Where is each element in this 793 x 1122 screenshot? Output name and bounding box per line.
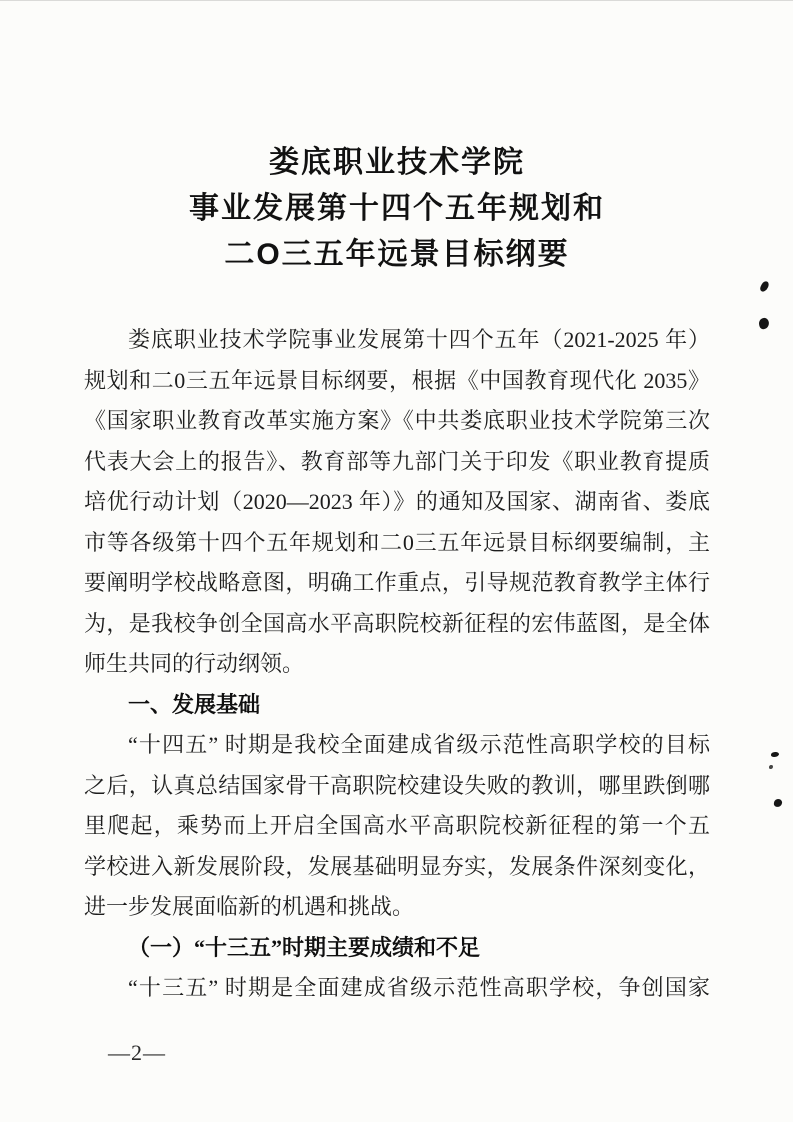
title-line: 事业发展第十四个五年规划和 [84,186,710,232]
document-body: 娄底职业技术学院事业发展第十四个五年（2021-2025 年）规划和二0三五年远… [84,320,710,1009]
text-line: “十四五” 时期是我校全面建成省级示范性高职学校的目标 [84,725,710,766]
scanned-document-page: 娄底职业技术学院事业发展第十四个五年规划和二O三五年远景目标纲要 娄底职业技术学… [0,0,793,1122]
text-line: 《国家职业教育改革实施方案》《中共娄底职业技术学院第三次 [84,401,710,442]
text-line: 之后，认真总结国家骨干高职院校建设失败的教训，哪里跌倒哪 [84,766,710,807]
text-line: 师生共同的行动纲领。 [84,644,710,685]
text-line: 代表大会上的报告》、教育部等九部门关于印发《职业教育提质 [84,442,710,483]
text-line: 培优行动计划（2020—2023 年）》的通知及国家、湖南省、娄底 [84,482,710,523]
text-line: “十三五” 时期是全面建成省级示范性高职学校，争创国家 [84,968,710,1009]
text-line: 娄底职业技术学院事业发展第十四个五年（2021-2025 年） [84,320,710,361]
scan-edge-line [0,0,793,1]
text-line: 市等各级第十四个五年规划和二0三五年远景目标纲要编制，主 [84,523,710,564]
text-line: 一、发展基础 [84,685,710,726]
text-line: 为，是我校争创全国高水平高职院校新征程的宏伟蓝图，是全体 [84,604,710,645]
text-line: 里爬起，乘势而上开启全国高水平高职院校新征程的第一个五年。 [84,806,710,847]
text-line: 要阐明学校战略意图，明确工作重点，引导规范教育教学主体行 [84,563,710,604]
document-title: 娄底职业技术学院事业发展第十四个五年规划和二O三五年远景目标纲要 [84,140,710,278]
text-line: 进一步发展面临新的机遇和挑战。 [84,887,710,928]
text-line: （一）“十三五”时期主要成绩和不足 [84,928,710,969]
text-line: 学校进入新发展阶段，发展基础明显夯实，发展条件深刻变化， [84,847,710,888]
ink-speck [759,280,770,293]
ink-speck [758,317,770,330]
ink-speck [771,752,779,757]
title-line: 娄底职业技术学院 [84,140,710,186]
ink-speck [769,765,773,769]
text-line: 规划和二0三五年远景目标纲要，根据《中国教育现代化 2035》 [84,361,710,402]
title-line: 二O三五年远景目标纲要 [84,232,710,278]
page-number: —2— [108,1040,166,1066]
ink-speck [773,798,782,807]
